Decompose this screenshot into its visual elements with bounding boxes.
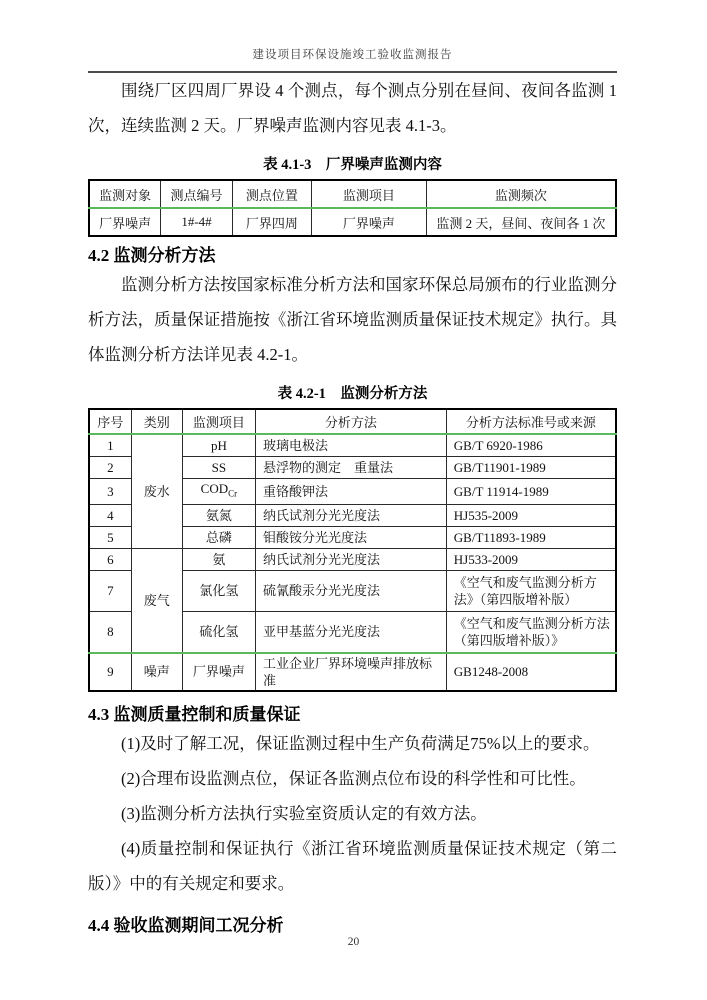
cell-standard: GB1248-2008 [446, 653, 616, 691]
cell-item: 氯化氢 [182, 570, 255, 611]
qc-item-2: (2)合理布设监测点位，保证各监测点位布设的科学性和可比性。 [88, 761, 617, 796]
cell-item: SS [182, 457, 255, 479]
page-header-title: 建设项目环保设施竣工验收监测报告 [88, 0, 617, 62]
cell-standard: 《空气和废气监测分析方法》（第四版增补版） [446, 570, 616, 611]
cell-point-number: 1#-4# [161, 208, 233, 236]
section-4-2-heading: 4.2 监测分析方法 [88, 245, 617, 267]
cell-frequency: 监测 2 天，昼间、夜间各 1 次 [426, 208, 616, 236]
cell-item: 总磷 [182, 526, 255, 548]
section-4-4-heading: 4.4 验收监测期间工况分析 [88, 915, 617, 937]
col-header-item: 监测项目 [182, 409, 255, 434]
cell-standard: GB/T 6920-1986 [446, 434, 616, 457]
page-number: 20 [0, 936, 707, 948]
cell-seq: 6 [89, 548, 131, 570]
cell-method: 亚甲基蓝分光光度法 [256, 611, 447, 653]
cell-item: pH [182, 434, 255, 457]
cell-standard: GB/T11901-1989 [446, 457, 616, 479]
cell-seq: 2 [89, 457, 131, 479]
cell-seq: 1 [89, 434, 131, 457]
cell-method: 硫氰酸汞分光光度法 [256, 570, 447, 611]
col-header-standard: 分析方法标准号或来源 [446, 409, 616, 434]
cell-method: 玻璃电极法 [256, 434, 447, 457]
cell-standard: HJ535-2009 [446, 504, 616, 526]
cell-standard: GB/T11893-1989 [446, 526, 616, 548]
table-4-2-1-title: 表 4.2-1 监测分析方法 [88, 382, 617, 403]
table-4-2-1: 序号 类别 监测项目 分析方法 分析方法标准号或来源 1 废水 pH 玻璃电极法… [88, 408, 617, 692]
col-header-point-location: 测点位置 [232, 180, 311, 208]
col-header-category: 类别 [131, 409, 182, 434]
col-header-method: 分析方法 [256, 409, 447, 434]
cell-method: 纳氏试剂分光光度法 [256, 504, 447, 526]
cell-method: 工业企业厂界环境噪声排放标准 [256, 653, 447, 691]
intro-paragraph: 围绕厂区四周厂界设 4 个测点，每个测点分别在昼间、夜间各监测 1 次，连续监测… [88, 73, 617, 143]
cell-seq: 8 [89, 611, 131, 653]
col-header-frequency: 监测频次 [426, 180, 616, 208]
table-header-row: 序号 类别 监测项目 分析方法 分析方法标准号或来源 [89, 409, 616, 434]
cell-item: 氨氮 [182, 504, 255, 526]
table-4-1-3: 监测对象 测点编号 测点位置 监测项目 监测频次 厂界噪声 1#-4# 厂界四周… [88, 179, 617, 237]
col-header-monitor-object: 监测对象 [89, 180, 161, 208]
cell-standard: GB/T 11914-1989 [446, 479, 616, 505]
cell-seq: 3 [89, 479, 131, 505]
cell-method: 重铬酸钾法 [256, 479, 447, 505]
qc-item-1: (1)及时了解工况，保证监测过程中生产负荷满足75%以上的要求。 [88, 726, 617, 761]
cell-seq: 4 [89, 504, 131, 526]
cell-category-wastegas: 废气 [131, 548, 182, 653]
cell-item: 硫化氢 [182, 611, 255, 653]
report-page: 建设项目环保设施竣工验收监测报告 围绕厂区四周厂界设 4 个测点，每个测点分别在… [0, 0, 707, 1000]
cell-point-location: 厂界四周 [232, 208, 311, 236]
cell-item: 氨 [182, 548, 255, 570]
col-header-point-number: 测点编号 [161, 180, 233, 208]
section-4-3-heading: 4.3 监测质量控制和质量保证 [88, 704, 617, 726]
cod-base: COD [201, 481, 228, 496]
section-4-2-paragraph: 监测分析方法按国家标准分析方法和国家环保总局颁布的行业监测分析方法，质量保证措施… [88, 267, 617, 372]
cell-seq: 7 [89, 570, 131, 611]
cell-item: 厂界噪声 [182, 653, 255, 691]
cell-standard: HJ533-2009 [446, 548, 616, 570]
col-header-seq: 序号 [89, 409, 131, 434]
cell-method: 悬浮物的测定 重量法 [256, 457, 447, 479]
col-header-monitor-item: 监测项目 [311, 180, 426, 208]
cell-method: 钼酸铵分光光度法 [256, 526, 447, 548]
table-row: 9 噪声 厂界噪声 工业企业厂界环境噪声排放标准 GB1248-2008 [89, 653, 616, 691]
cell-monitor-item: 厂界噪声 [311, 208, 426, 236]
cell-monitor-object: 厂界噪声 [89, 208, 161, 236]
table-header-row: 监测对象 测点编号 测点位置 监测项目 监测频次 [89, 180, 616, 208]
table-row: 1 废水 pH 玻璃电极法 GB/T 6920-1986 [89, 434, 616, 457]
table-4-1-3-title: 表 4.1-3 厂界噪声监测内容 [88, 153, 617, 174]
qc-item-3: (3)监测分析方法执行实验室资质认定的有效方法。 [88, 796, 617, 831]
qc-item-4: (4)质量控制和保证执行《浙江省环境监测质量保证技术规定（第二版）》中的有关规定… [88, 831, 617, 901]
cell-method: 纳氏试剂分光光度法 [256, 548, 447, 570]
cell-seq: 5 [89, 526, 131, 548]
cell-category-wastewater: 废水 [131, 434, 182, 548]
cell-seq: 9 [89, 653, 131, 691]
cell-category-noise: 噪声 [131, 653, 182, 691]
table-row: 厂界噪声 1#-4# 厂界四周 厂界噪声 监测 2 天，昼间、夜间各 1 次 [89, 208, 616, 236]
cod-subscript: Cr [228, 489, 237, 499]
table-row: 6 废气 氨 纳氏试剂分光光度法 HJ533-2009 [89, 548, 616, 570]
cell-item-cod: CODCr [182, 479, 255, 505]
cell-standard: 《空气和废气监测分析方法（第四版增补版）》 [446, 611, 616, 653]
